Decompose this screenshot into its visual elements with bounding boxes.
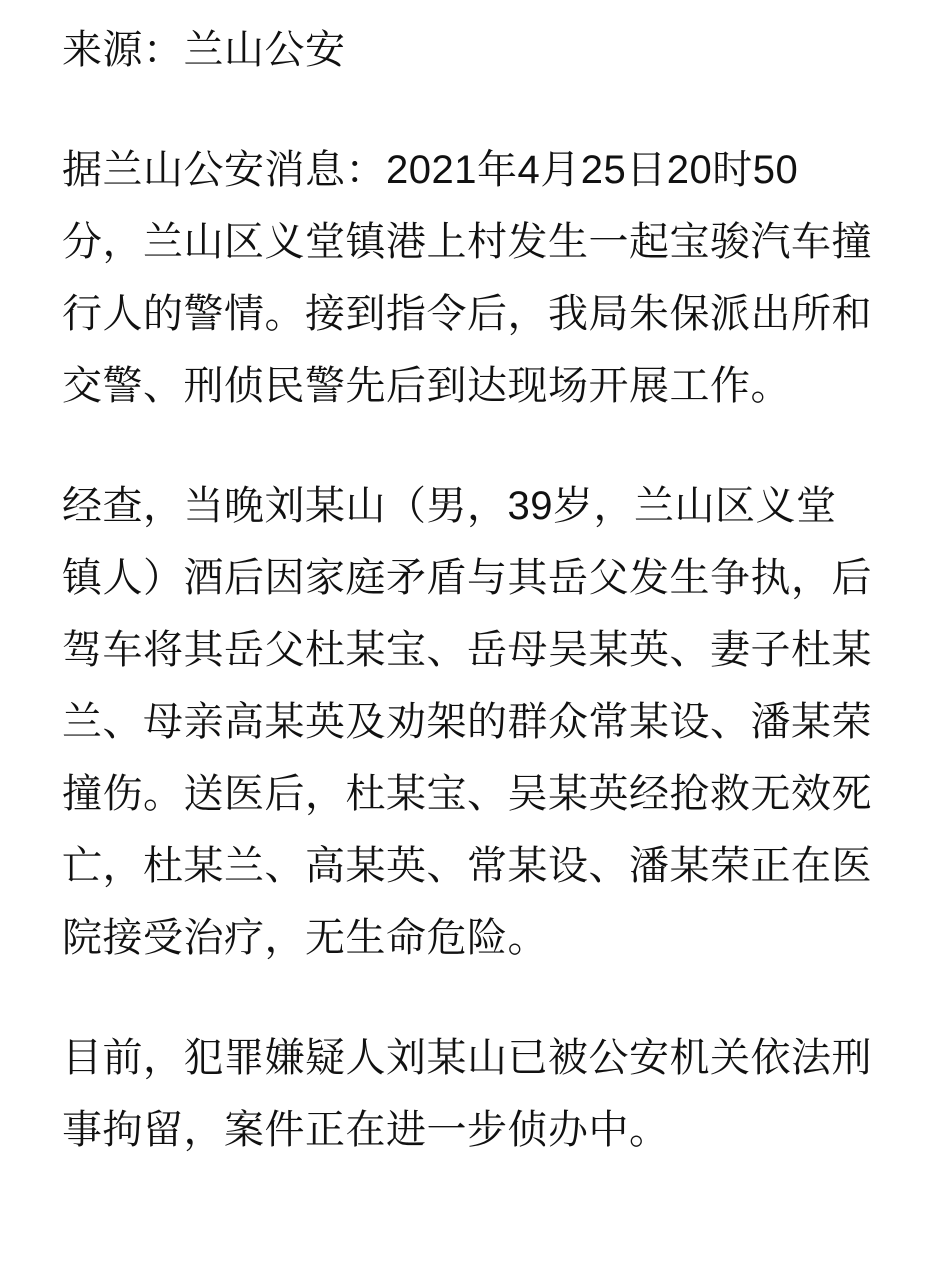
paragraph-detention: 目前，犯罪嫌疑人刘某山已被公安机关依法刑事拘留，案件正在进一步侦办中。 [62,1022,876,1166]
source-line: 来源：兰山公安 [62,14,876,86]
paragraph-incident: 据兰山公安消息：2021年4月25日20时50分，兰山区义堂镇港上村发生一起宝骏… [62,134,876,422]
paragraph-investigation: 经查，当晚刘某山（男，39岁，兰山区义堂镇人）酒后因家庭矛盾与其岳父发生争执，后… [62,470,876,974]
news-article: 来源：兰山公安 据兰山公安消息：2021年4月25日20时50分，兰山区义堂镇港… [0,0,936,1166]
